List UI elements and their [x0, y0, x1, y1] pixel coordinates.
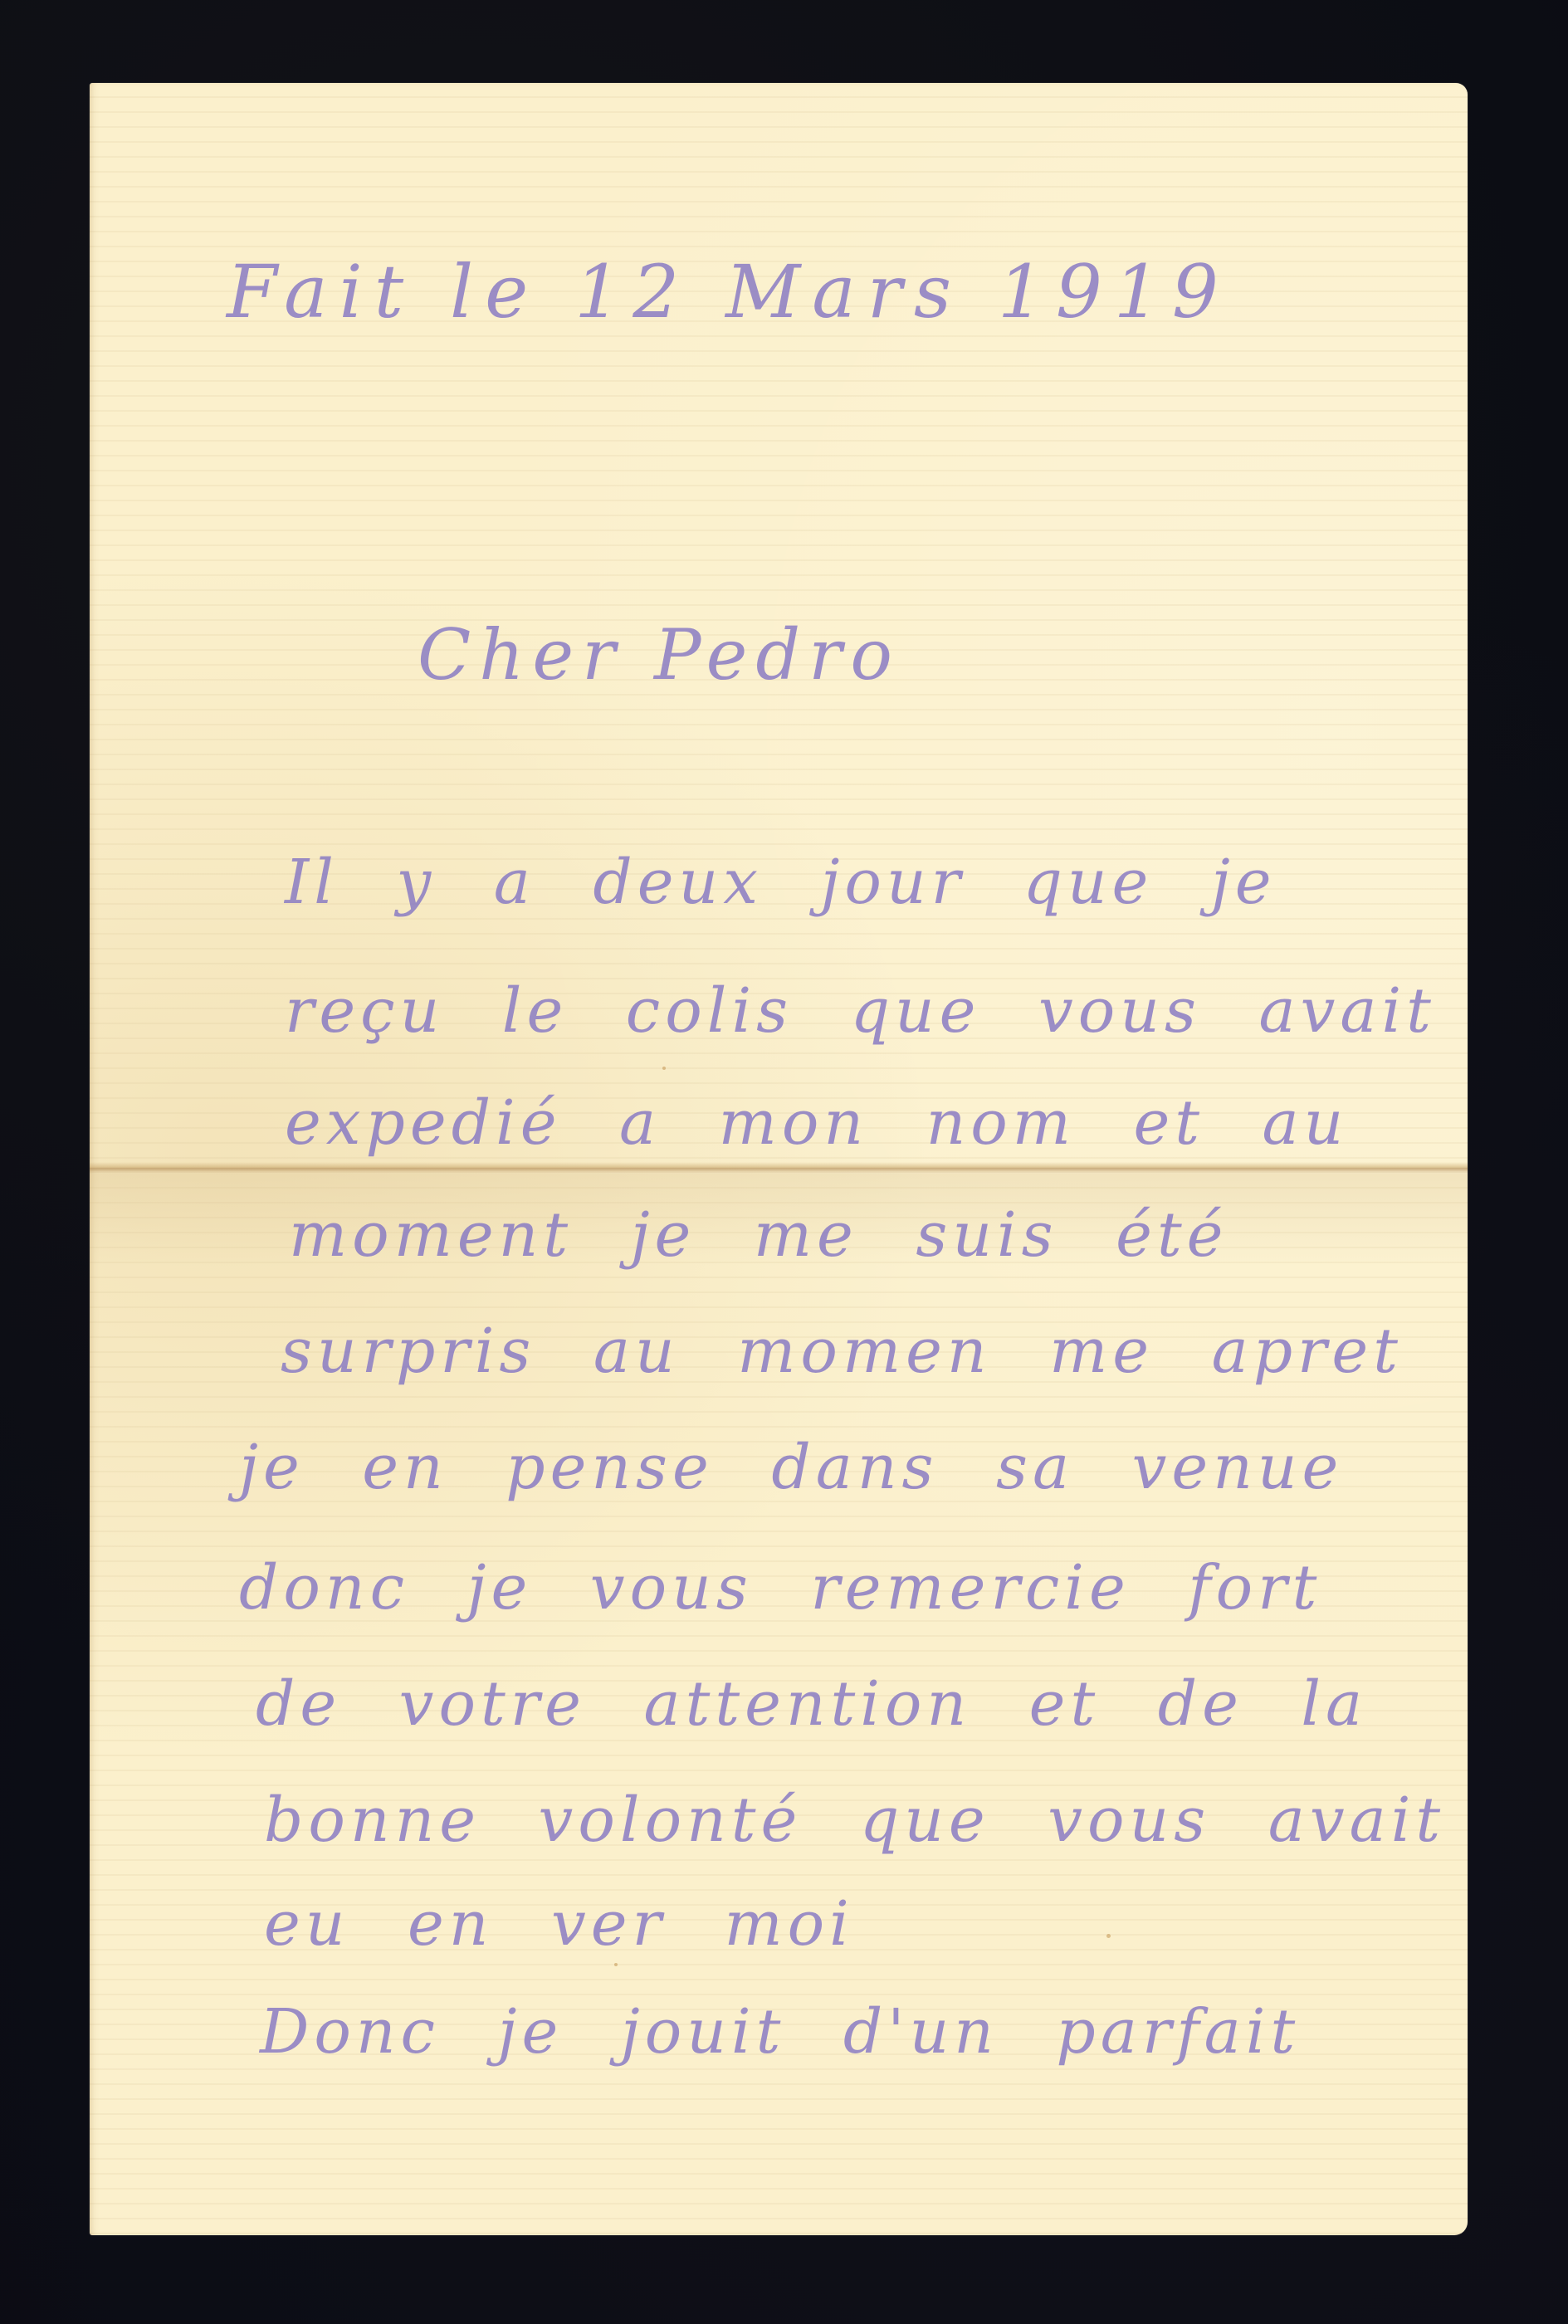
letter-body-line: donc je vous remercie fort	[239, 1552, 1321, 1623]
paper-stain	[1106, 1934, 1111, 1938]
paper-stain	[662, 1067, 666, 1070]
letter-date: Fait le 12 Mars 1919	[227, 249, 1230, 334]
letter-body-line: expedié a mon nom et au	[285, 1087, 1348, 1159]
letter-body-line: reçu le colis que vous avait	[285, 975, 1436, 1047]
letter-salutation: Cher Pedro	[418, 614, 901, 696]
letter-body-line: je en pense dans sa venue	[239, 1432, 1343, 1503]
letter-body-line: de votre attention et de la	[256, 1668, 1367, 1740]
letter-body-line: Il y a deux jour que je	[285, 847, 1277, 918]
paper-stain	[614, 1963, 618, 1966]
letter-body-line: bonne volonté que vous avait	[264, 1784, 1445, 1856]
letter-body-line: Donc je jouit d'un parfait	[260, 1996, 1300, 2068]
letter-page: Fait le 12 Mars 1919 Cher Pedro Il y a d…	[90, 83, 1468, 2235]
letter-body-line: moment je me suis été	[289, 1199, 1228, 1271]
letter-body-line: surpris au momen me apret	[281, 1316, 1403, 1387]
paper-fold-crease	[90, 1162, 1468, 1174]
letter-body-line: eu en ver moi	[264, 1888, 854, 1960]
